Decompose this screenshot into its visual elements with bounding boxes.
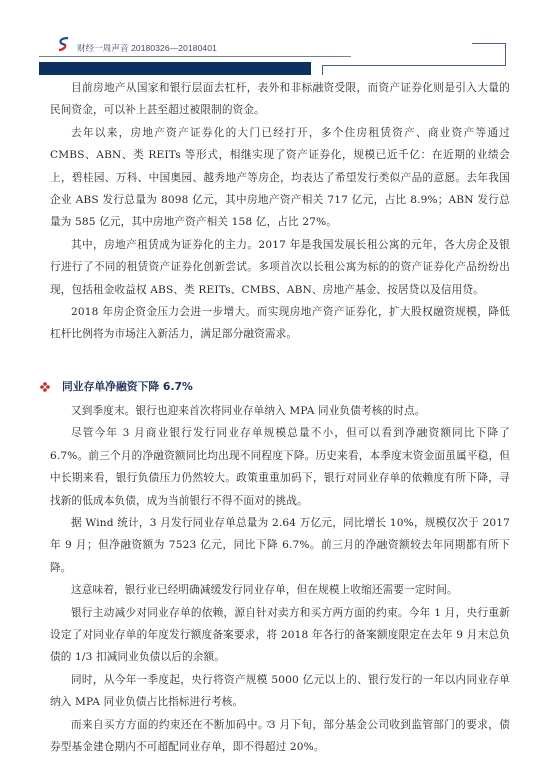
diamond-bullet-icon [40, 382, 50, 392]
page-header: 财经一周声音 20180326—20180401 [0, 0, 543, 70]
paragraph: 其中，房地产租赁成为证券化的主力。2017 年是我国发展长租公寓的元年，各大房企… [50, 234, 510, 301]
spacer [50, 346, 510, 368]
paragraph: 目前房地产从国家和银行层面去杠杆，表外和非标融资受限，而资产证券化则是引入大量的… [50, 77, 510, 122]
paragraph: 据 Wind 统计，3 月发行同业存单总量为 2.64 万亿元，同比增长 10%… [50, 512, 510, 579]
paragraph: 银行主动减少对同业存单的依赖，源自针对卖方和买方两方面的约束。今年 1 月，央行… [50, 602, 510, 669]
paragraph: 这意味着，银行业已经明确减缓发行同业存单，但在规模上收缩还需要一定时间。 [50, 579, 510, 601]
logo-icon [57, 37, 71, 51]
paragraph: 尽管今年 3 月商业银行发行同业存单规模总量不小，但可以看到净融资额同比下降了 … [50, 422, 510, 512]
paragraph: 而来自买方方面的约束还在不断加码中。3 月下旬，部分基金公司收到监管部门的要求，… [50, 714, 510, 759]
header-title-text: 财经一周声音 [77, 43, 129, 53]
header-bracket-bottom [322, 65, 506, 66]
document-body: 目前房地产从国家和银行层面去杠杆，表外和非标融资受限，而资产证券化则是引入大量的… [50, 77, 510, 758]
section-heading: 同业存单净融资下降 6.7% [50, 374, 510, 400]
page-number: 7 [266, 720, 270, 729]
header-accent-bar [39, 62, 311, 75]
paragraph: 同时，从今年一季度起，央行将资产规模 5000 亿元以上的、银行发行的一年以内同… [50, 669, 510, 714]
header-date-range: 20180326—20180401 [131, 43, 217, 53]
section-title: 同业存单净融资下降 6.7% [62, 379, 193, 394]
header-title: 财经一周声音 20180326—20180401 [77, 42, 217, 54]
header-bracket-top [472, 43, 505, 44]
paragraph: 又到季度末。银行也迎来首次将同业存单纳入 MPA 同业负债考核的时点。 [50, 400, 510, 422]
header-bracket-left [322, 65, 323, 75]
header-bracket-right [505, 43, 506, 65]
paragraph: 去年以来，房地产资产证券化的大门已经打开，多个住房租赁资产、商业资产等通过 CM… [50, 122, 510, 234]
paragraph: 2018 年房企资金压力会进一步增大。而实现房地产资产证券化，扩大股权融资规模，… [50, 301, 510, 346]
header-divider-line [39, 56, 351, 57]
